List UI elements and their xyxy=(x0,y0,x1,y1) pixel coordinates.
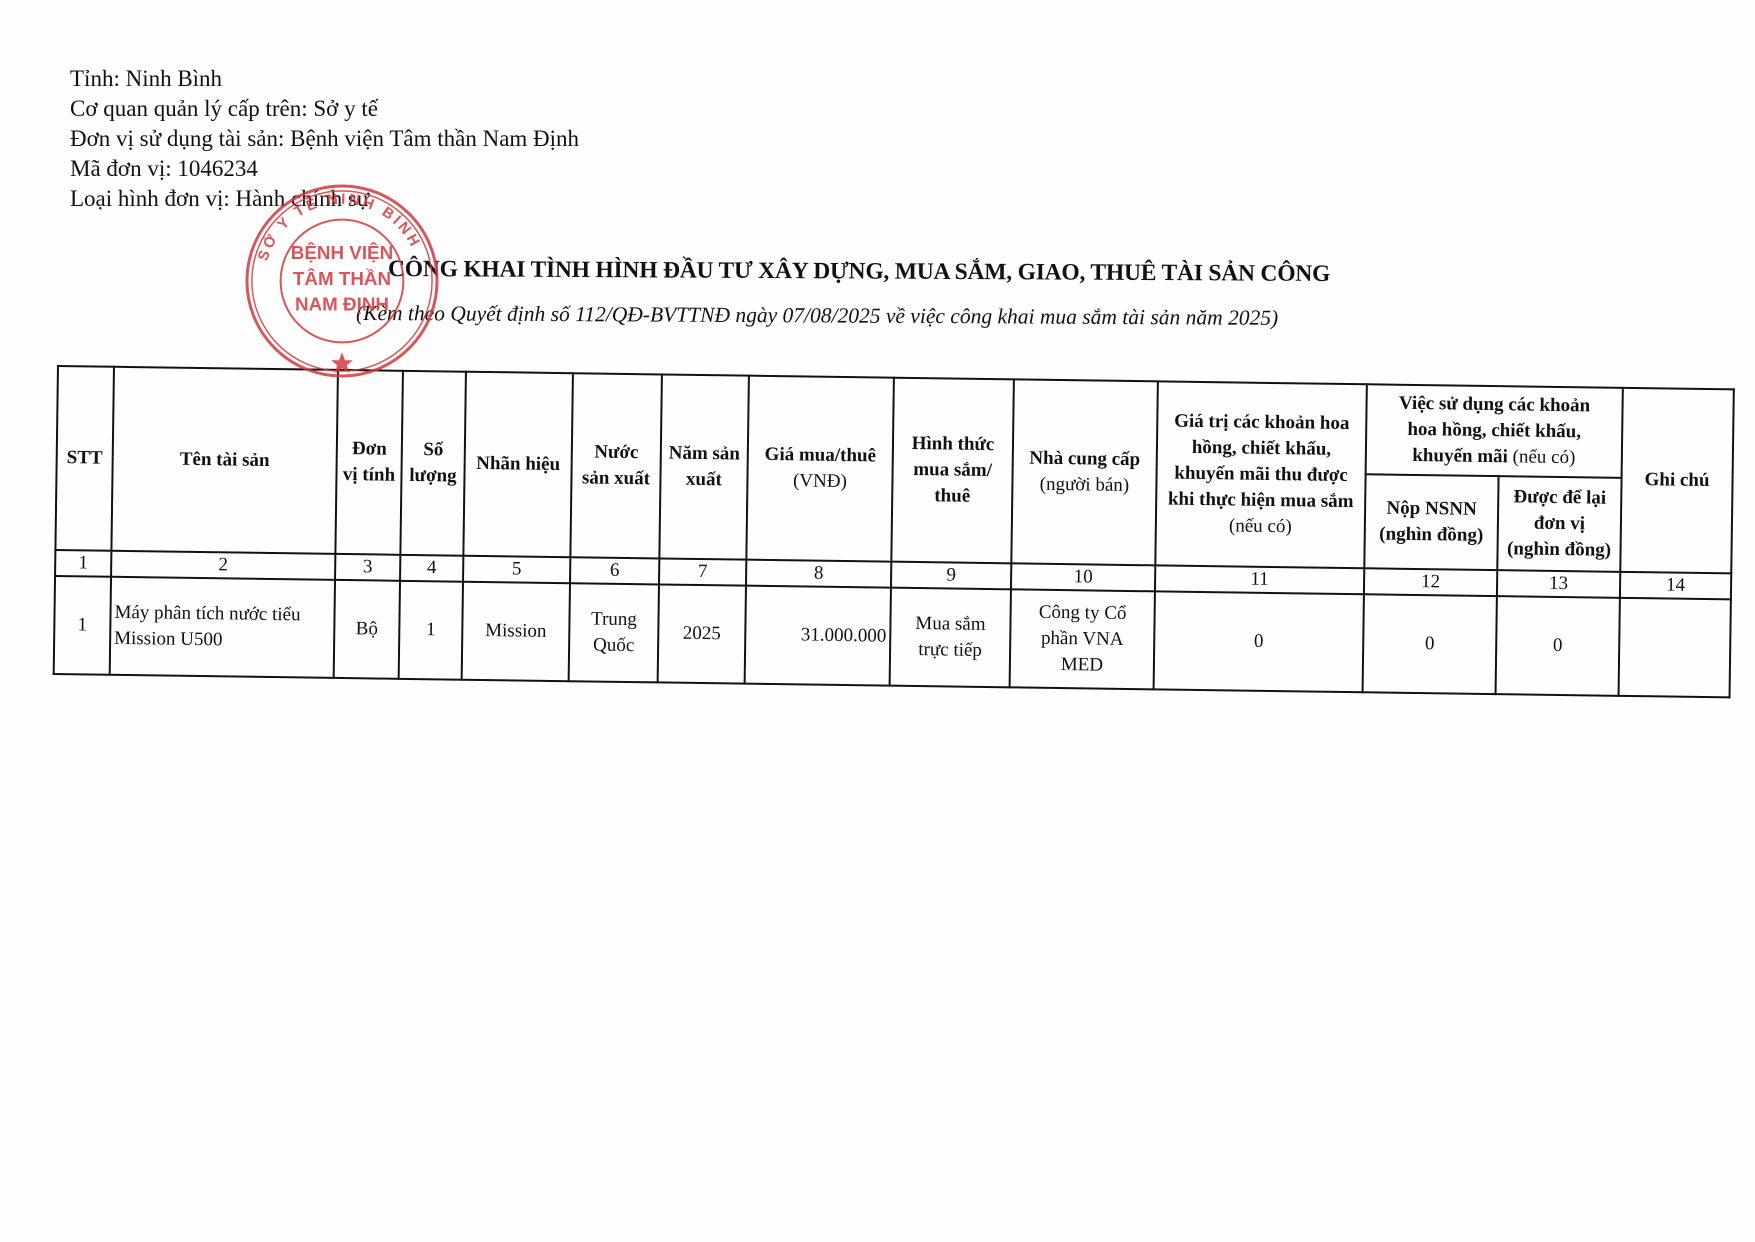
cell-country: TrungQuốc xyxy=(569,583,659,682)
table-header-row: STT Tên tài sản Đơnvị tính Sốlượng Nhãn … xyxy=(57,366,1734,479)
column-number: 12 xyxy=(1364,568,1497,596)
header-retained: Được để lạiđơn vị(nghìn đồng) xyxy=(1497,476,1621,572)
asset-procurement-table-container: STT Tên tài sản Đơnvị tính Sốlượng Nhãn … xyxy=(53,365,1733,698)
header-supplier: Nhà cung cấp(người bán) xyxy=(1011,379,1158,565)
header-price: Giá mua/thuê(VNĐ) xyxy=(746,376,894,562)
header-asset-name: Tên tài sản xyxy=(111,367,338,554)
cell-supplier: Công ty Cổphần VNAMED xyxy=(1010,589,1155,689)
cell-method: Mua sắmtrực tiếp xyxy=(890,588,1011,688)
cell-brand: Mission xyxy=(462,582,570,681)
asset-user-unit-line: Đơn vị sử dụng tài sản: Bệnh viện Tâm th… xyxy=(70,124,579,154)
header-brand: Nhãn hiệu xyxy=(463,372,573,557)
column-number: 9 xyxy=(891,562,1011,590)
column-number: 10 xyxy=(1011,563,1155,591)
province-line: Tỉnh: Ninh Bình xyxy=(70,64,579,94)
cell-stt: 1 xyxy=(54,576,111,675)
supervising-agency-line: Cơ quan quản lý cấp trên: Sở y tế xyxy=(70,94,579,124)
column-number: 7 xyxy=(659,558,746,585)
header-commission-use: Việc sử dụng các khoảnhoa hồng, chiết kh… xyxy=(1366,384,1623,478)
column-number: 11 xyxy=(1155,565,1364,594)
header-quantity: Sốlượng xyxy=(400,371,466,556)
cell-unit: Bộ xyxy=(334,580,400,679)
column-number: 2 xyxy=(111,551,335,580)
column-number: 14 xyxy=(1620,572,1731,600)
unit-code-line: Mã đơn vị: 1046234 xyxy=(70,154,579,184)
cell-commission-value: 0 xyxy=(1154,591,1364,692)
column-number: 13 xyxy=(1497,570,1620,598)
unit-type-line: Loại hình đơn vị: Hành chính sự xyxy=(70,184,579,214)
cell-year: 2025 xyxy=(658,584,746,683)
header-notes: Ghi chú xyxy=(1620,388,1734,574)
cell-retained: 0 xyxy=(1496,596,1620,696)
unit-information: Tỉnh: Ninh Bình Cơ quan quản lý cấp trên… xyxy=(70,64,579,214)
column-number: 4 xyxy=(400,555,463,582)
column-number: 3 xyxy=(335,554,400,581)
stamp-line-1: BỆNH VIỆN xyxy=(291,242,393,263)
header-method: Hình thứcmua sắm/thuê xyxy=(891,378,1014,564)
header-unit: Đơnvị tính xyxy=(335,370,403,555)
cell-state-budget: 0 xyxy=(1363,594,1497,694)
column-number: 6 xyxy=(570,557,659,584)
header-state-budget: Nộp NSNN(nghìn đồng) xyxy=(1364,474,1498,570)
column-number: 8 xyxy=(746,560,891,588)
document-subtitle: (Kèm theo Quyết định số 112/QĐ-BVTTNĐ ng… xyxy=(356,301,1278,331)
asset-procurement-table: STT Tên tài sản Đơnvị tính Sốlượng Nhãn … xyxy=(53,365,1735,698)
cell-asset-name: Máy phân tích nước tiểuMission U500 xyxy=(110,577,335,678)
cell-price: 31.000.000 xyxy=(745,586,891,686)
stamp-line-2: TÂM THẦN xyxy=(293,268,391,289)
header-stt: STT xyxy=(55,366,114,551)
header-commission-value: Giá trị các khoản hoahồng, chiết khấu,kh… xyxy=(1155,381,1367,568)
column-number: 1 xyxy=(55,550,111,577)
document-title: CÔNG KHAI TÌNH HÌNH ĐẦU TƯ XÂY DỰNG, MUA… xyxy=(388,256,1330,288)
column-number: 5 xyxy=(463,556,570,583)
cell-quantity: 1 xyxy=(399,581,463,680)
cell-notes xyxy=(1619,598,1731,698)
header-year: Năm sảnxuất xyxy=(659,374,749,559)
header-country: Nướcsản xuất xyxy=(570,373,662,558)
